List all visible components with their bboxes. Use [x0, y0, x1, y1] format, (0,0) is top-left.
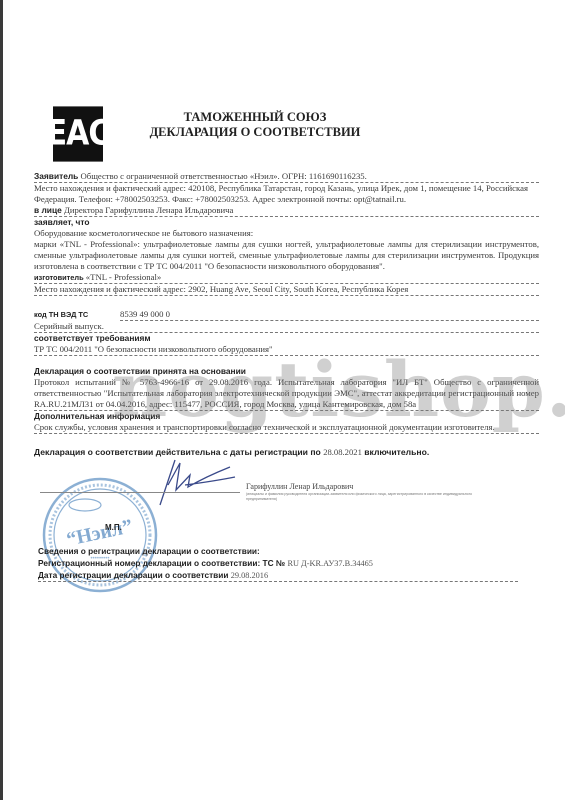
document-header: ТАМОЖЕННЫЙ СОЮЗ ДЕКЛАРАЦИЯ О СООТВЕТСТВИ… [140, 110, 370, 140]
registration-title: Сведения о регистрации декларации о соот… [38, 545, 518, 557]
tn-ved-value: 8539 49 000 0 [120, 309, 539, 321]
conforms-value: ТР ТС 004/2011 "О безопасности низковоль… [34, 344, 539, 356]
tn-ved-label: код ТН ВЭД ТС [34, 309, 104, 321]
manufacturer-label: изготовитель [34, 273, 84, 282]
basis-label: Декларация о соответствии принята на осн… [34, 366, 539, 377]
manufacturer-address: Место нахождения и фактический адрес: 29… [34, 284, 539, 296]
registration-date-label: Дата регистрации декларации о соответств… [38, 570, 228, 580]
tn-ved-row: код ТН ВЭД ТС 8539 49 000 0 [34, 309, 539, 321]
signatory-note: (инициалы и фамилия руководителя организ… [246, 492, 486, 501]
validity-statement: Декларация о соответствии действительна … [34, 447, 539, 458]
product-type: Оборудование косметологическое не бытово… [34, 228, 539, 239]
page-edge [0, 0, 3, 800]
validity-date: 28.08.2021 [323, 447, 362, 457]
registration-date-row: Дата регистрации декларации о соответств… [38, 570, 518, 582]
represented-value: Директора Гарифуллина Ленара Ильдаровича [64, 205, 233, 215]
registration-number-row: Регистрационный номер декларации о соотв… [38, 557, 518, 570]
validity-prefix: Декларация о соответствии действительна … [34, 447, 321, 457]
product-description: марки «TNL - Professional»: ультрафиолет… [34, 239, 539, 272]
manufacturer-value: «TNL - Professional» [86, 272, 161, 282]
declaration-body: Заявитель Общество с ограниченной ответс… [34, 171, 539, 458]
manufacturer-row: изготовитель «TNL - Professional» [34, 272, 539, 284]
signatory-name: Гарифуллин Ленар Ильдарович [246, 482, 353, 491]
applicant-row: Заявитель Общество с ограниченной ответс… [34, 171, 539, 183]
represented-row: в лице Директора Гарифуллина Ленара Ильд… [34, 205, 539, 217]
release-type: Серийный выпуск. [34, 321, 539, 333]
applicant-value: Общество с ограниченной ответственностью… [81, 171, 367, 181]
applicant-label: Заявитель [34, 171, 78, 181]
signature-icon [130, 455, 240, 510]
registration-info: Сведения о регистрации декларации о соот… [38, 545, 518, 582]
header-union: ТАМОЖЕННЫЙ СОЮЗ [140, 110, 370, 125]
additional-value: Срок службы, условия хранения и транспор… [34, 422, 539, 434]
declares-label: заявляет, что [34, 217, 539, 228]
additional-label: Дополнительная информация [34, 411, 539, 422]
registration-number-label: Регистрационный номер декларации о соотв… [38, 558, 285, 568]
conforms-label: соответствует требованиям [34, 333, 539, 344]
represented-label: в лице [34, 205, 62, 215]
basis-value: Протокол испытаний № 5763-4966-16 от 29.… [34, 377, 539, 411]
registration-number-value: RU Д-KR.АУ37.В.34465 [287, 559, 372, 568]
stamp-place-label: М.П. [105, 523, 122, 532]
validity-suffix: включительно. [364, 447, 429, 457]
registration-date-value: 29.08.2016 [231, 571, 268, 580]
eac-logo: ЕАС [53, 106, 103, 161]
applicant-address: Место нахождения и фактический адрес: 42… [34, 183, 539, 205]
header-title: ДЕКЛАРАЦИЯ О СООТВЕТСТВИИ [140, 125, 370, 140]
signature-line [40, 492, 240, 493]
